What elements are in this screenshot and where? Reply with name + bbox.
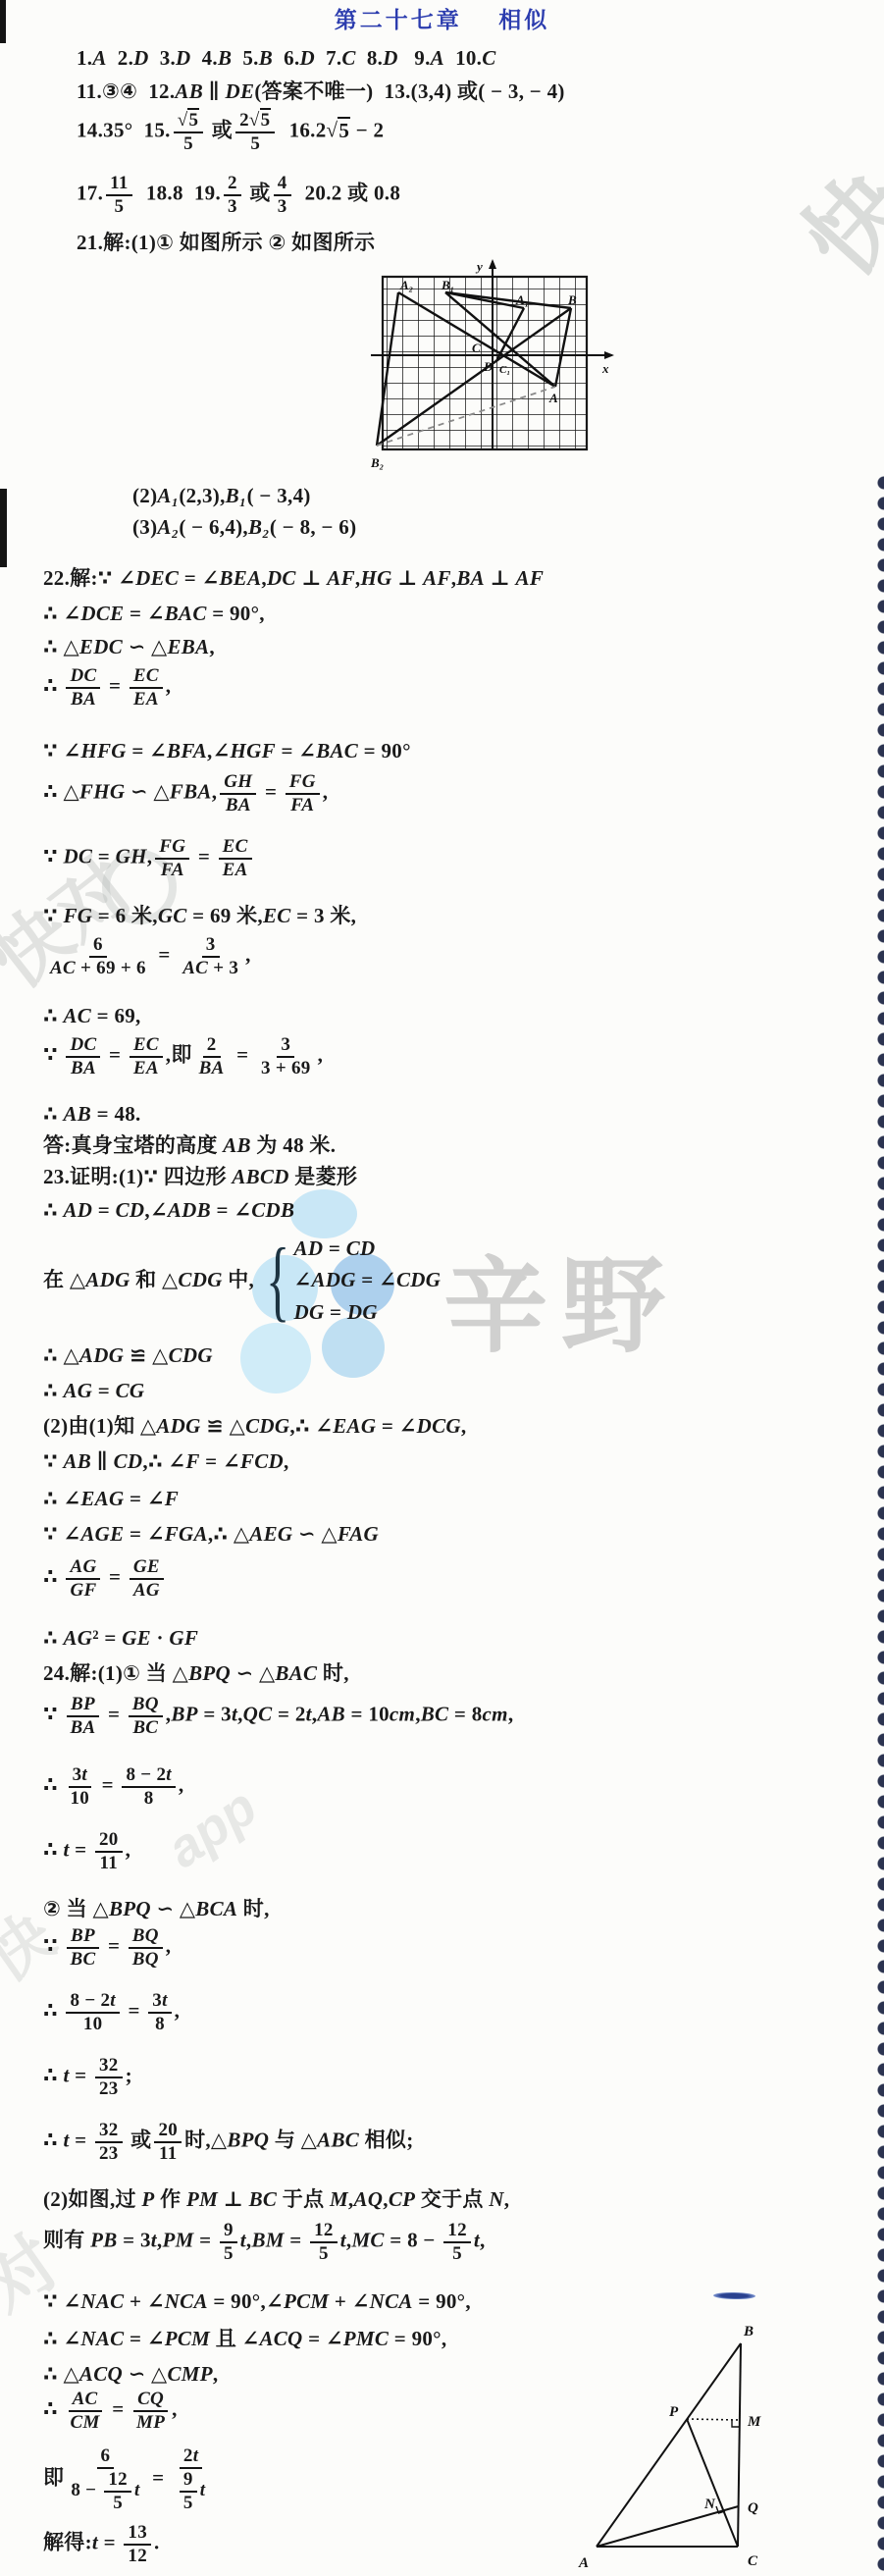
text-line: 答:真身宝塔的高度 AB 为 48 米.	[43, 1132, 336, 1158]
page-title: 第二十七章 相似	[0, 6, 884, 34]
text-line: 21.解:(1)① 如图所示 ② 如图所示	[77, 230, 375, 255]
text-line: 则有 PB = 3t,PM = 95t,BM = 125t,MC = 8 − 1…	[43, 2220, 486, 2265]
y-axis-label: y	[475, 259, 483, 274]
point-label: M	[747, 2414, 761, 2430]
text-line: (2)由(1)知 △ADG ≌ △CDG,∴ ∠EAG = ∠DCG,	[43, 1413, 466, 1439]
text-line: ∴ AC = 69,	[43, 1003, 141, 1028]
point-label: N	[703, 2497, 716, 2512]
text-line: ∴ ACCM = CQMP,	[43, 2389, 178, 2434]
text-line: ∴ 3t10 = 8 − 2t8,	[43, 1764, 183, 1810]
point-label: C₁	[499, 364, 510, 376]
text-line: ∴ AG² = GE · GF	[43, 1625, 198, 1651]
text-line: ∴ △ADG ≌ △CDG	[43, 1342, 213, 1368]
point-label: B₁	[441, 278, 454, 292]
watermark-text: 辛野	[443, 1224, 679, 1373]
text-line: ∴ △EDC ∽ △EBA,	[43, 634, 215, 659]
point-label: B	[743, 2324, 754, 2339]
text-line: 17.115 18.8 19.23 或43 20.2 或 0.8	[77, 173, 400, 218]
text-line: ∴ △FHG ∽ △FBA,GHBA = FGFA,	[43, 771, 328, 816]
ink-crescent-mark	[713, 2292, 755, 2300]
text-line: 在 △ADG 和 △CDG 中,{AD = CD∠ADG = ∠CDGDG = …	[43, 1233, 441, 1328]
text-line: ∴ t = 3223;	[43, 2055, 132, 2100]
text-line: 22.解:∵ ∠DEC = ∠BEA,DC ⊥ AF,HG ⊥ AF,BA ⊥ …	[43, 565, 544, 591]
point-label: A₂	[399, 278, 413, 292]
scan-edge-left	[0, 489, 7, 567]
point-label: B	[567, 292, 577, 307]
text-line: 11.③④ 12.AB ∥ DE(答案不唯一) 13.(3,4) 或( − 3,…	[77, 79, 565, 104]
text-line: ∴ ∠NAC = ∠PCM 且 ∠ACQ = ∠PMC = 90°,	[43, 2326, 446, 2351]
system-brace: {	[266, 1241, 289, 1318]
text-line: 23.证明:(1)∵ 四边形 ABCD 是菱形	[43, 1164, 357, 1189]
watermark-text: 快	[766, 134, 884, 302]
text-line: ∵ BPBA = BQBC,BP = 3t,QC = 2t,AB = 10cm,…	[43, 1694, 513, 1739]
text-line: ∵ BPBC = BQBQ,	[43, 1925, 171, 1971]
text-line: 6AC + 69 + 6 = 3AC + 3,	[43, 934, 251, 979]
text-line: 1.A 2.D 3.D 4.B 5.B 6.D 7.C 8.D 9.A 10.C	[77, 45, 496, 71]
x-axis-label: x	[601, 361, 609, 376]
text-line: ∴ AGGF = GEAG	[43, 1556, 167, 1602]
triangle-figure: B A C P M N Q	[577, 2312, 793, 2576]
logo-circle-watermark	[290, 1189, 357, 1238]
text-line: (2)如图,过 P 作 PM ⊥ BC 于点 M,AQ,CP 交于点 N,	[43, 2186, 509, 2212]
text-line: 24.解:(1)① 当 △BPQ ∽ △BAC 时,	[43, 1660, 349, 1686]
text-line: 14.35° 15.√55 或2√55 16.2√5 − 2	[77, 110, 384, 155]
text-line: ∴ AB = 48.	[43, 1101, 141, 1127]
text-line: ∴ ∠DCE = ∠BAC = 90°,	[43, 601, 265, 626]
coil-binding	[872, 473, 884, 2576]
text-line: ∵ ∠NAC + ∠NCA = 90°,∠PCM + ∠NCA = 90°,	[43, 2288, 471, 2314]
y-axis-arrow	[489, 259, 496, 269]
text-line: ∵ AB ∥ CD,∴ ∠F = ∠FCD,	[43, 1448, 289, 1474]
text-line: ∵ FG = 6 米,GC = 69 米,EC = 3 米,	[43, 903, 356, 928]
text-line: ∵ ∠AGE = ∠FGA,∴ △AEG ∽ △FAG	[43, 1521, 379, 1547]
grid-figure: A₂ B₁ A₁ B A B₂ C D C₁ x y	[371, 257, 704, 482]
workbook-answer-page: 快 快对 辛野 app 快 对	[0, 0, 884, 2576]
point-label: A	[578, 2555, 589, 2571]
text-line: ∴ △ACQ ∽ △CMP,	[43, 2361, 218, 2387]
point-label: B₂	[371, 455, 384, 470]
text-line: ∴ ∠EAG = ∠F	[43, 1486, 179, 1511]
x-axis-arrow	[604, 351, 614, 359]
point-label: C	[748, 2553, 758, 2569]
text-line: ∵ DCBA = ECEA,即2BA = 33 + 69,	[43, 1034, 323, 1079]
point-label: Q	[748, 2500, 758, 2516]
text-line: ∴ AG = CG	[43, 1378, 144, 1403]
point-label: C	[472, 341, 481, 355]
point-label: A	[548, 391, 558, 405]
text-line: ∴ DCBA = ECEA,	[43, 665, 171, 710]
text-line: ∵ DC = GH,FGFA = ECEA	[43, 836, 255, 881]
text-line: ∴ AD = CD,∠ADB = ∠CDB	[43, 1197, 294, 1223]
text-line: ∵ ∠HFG = ∠BFA,∠HGF = ∠BAC = 90°	[43, 738, 411, 763]
dotted-pm-line	[687, 2419, 739, 2420]
point-label: A₁	[515, 292, 529, 307]
text-line: 解得:t = 1312.	[43, 2522, 160, 2567]
point-label: P	[669, 2404, 679, 2420]
figure-lines	[597, 2343, 741, 2547]
text-line: 即68 − 125t = 2t95t	[43, 2445, 212, 2514]
text-line: ∴ 8 − 2t10 = 3t8,	[43, 1990, 180, 2035]
text-line: (2)A₁(2,3),B₁( − 3,4)	[132, 483, 311, 508]
text-line: ∴ t = 3223 或2011时,△BPQ 与 △ABC 相似;	[43, 2120, 414, 2165]
logo-circle-watermark	[240, 1323, 311, 1393]
text-line: ∴ t = 2011,	[43, 1829, 130, 1874]
text-line: ② 当 △BPQ ∽ △BCA 时,	[43, 1896, 270, 1921]
text-line: (3)A₂( − 6,4),B₂( − 8, − 6)	[132, 514, 356, 540]
point-label: D	[483, 359, 494, 374]
